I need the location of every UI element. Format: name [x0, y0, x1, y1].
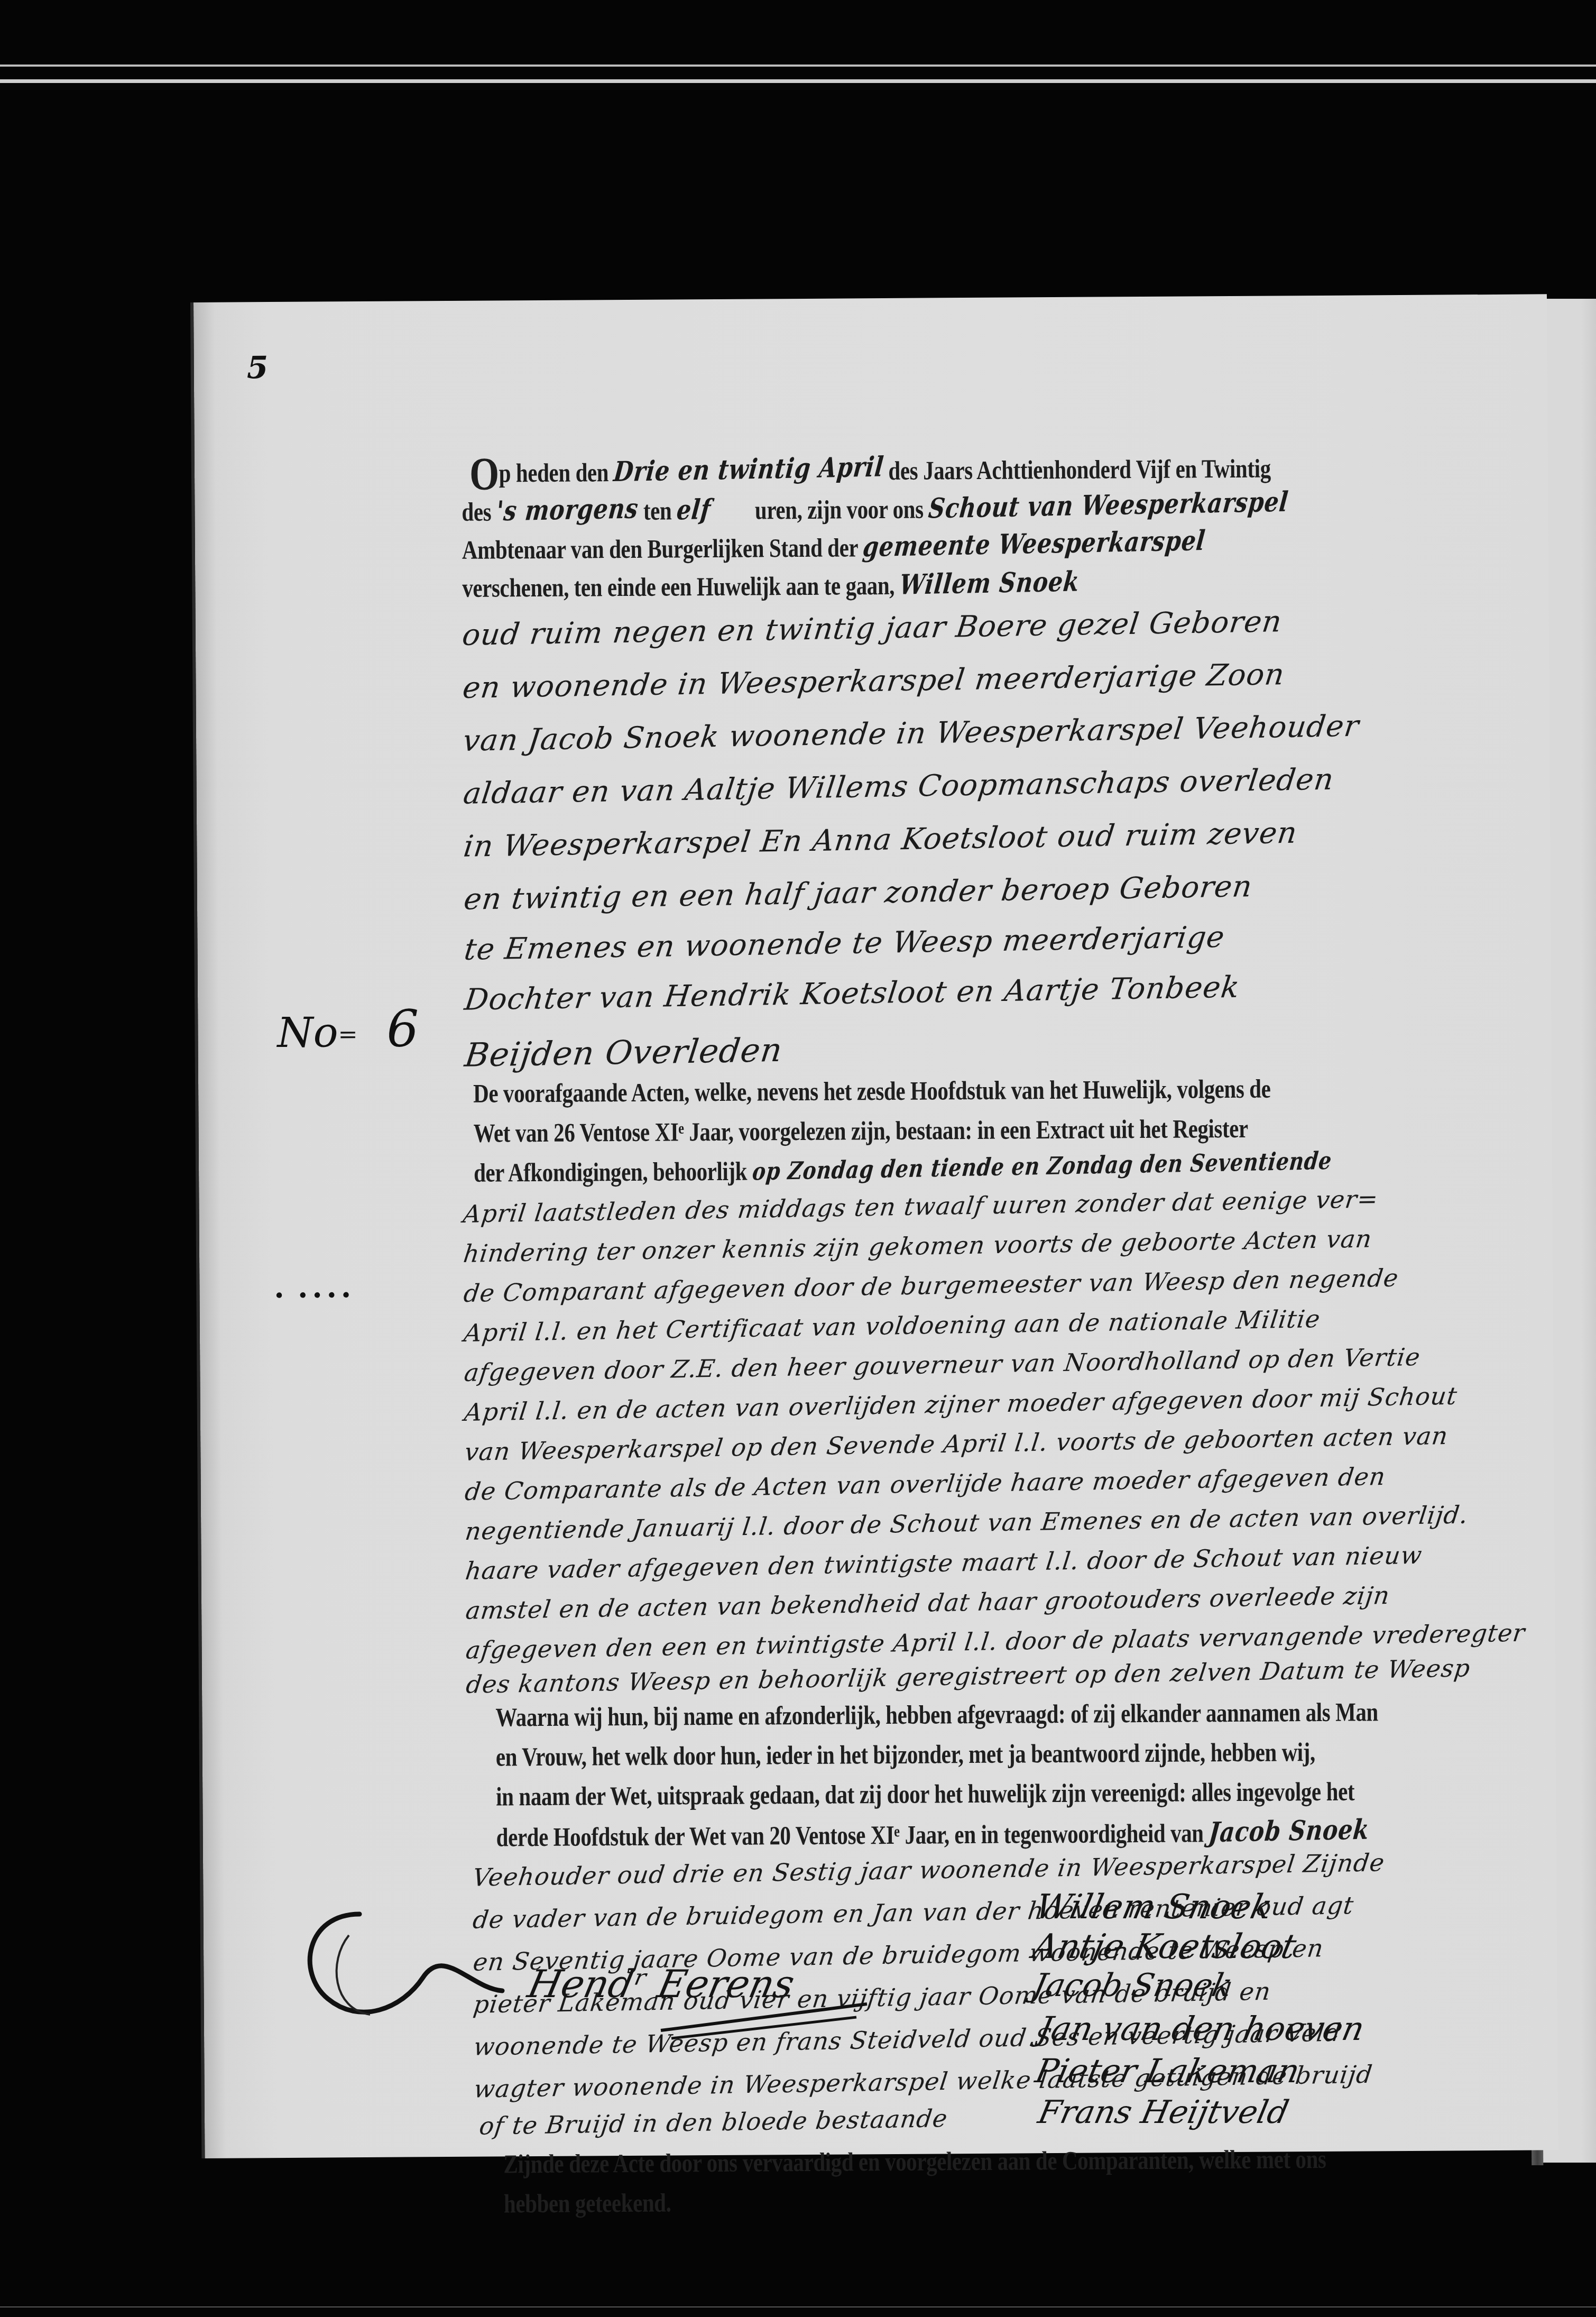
handwritten-groom-name: Willem Snoek — [898, 565, 1081, 601]
acts-print-line-3: der Afkondigingen, behoorlijk op Zondag … — [474, 1152, 1331, 1188]
handwritten-line: van Jacob Snoek woonende in Weesperkarsp… — [461, 709, 1361, 758]
handwritten-line: April laatstleden des middags ten twaalf… — [462, 1184, 1380, 1228]
print-text: des Jaars Achttienhonderd Vijf en Twinti… — [888, 454, 1270, 485]
handwritten-line: amstel en de acten van bekendheid dat ha… — [464, 1581, 1392, 1625]
print-text: des — [462, 497, 491, 527]
intro-line-4: verschenen, ten einde een Huwelijk aan t… — [462, 568, 1080, 604]
handwritten-date: Drie en twintig April — [612, 450, 885, 488]
handwritten-line: of te Bruijd in den bloede bestaande — [478, 2104, 949, 2140]
vows-print-line-4: derde Hoofdstuk der Wet van 20 Ventose X… — [496, 1815, 1369, 1853]
handwritten-municipality: gemeente Weesperkarspel — [861, 525, 1207, 563]
signature-witness: Jan van den hoeven — [1035, 2009, 1368, 2048]
handwritten-line: Dochter van Hendrik Koetsloot en Aartje … — [463, 970, 1242, 1017]
handwritten-line: Beijden Overleden — [463, 1031, 785, 1074]
record-number-value: 6 — [386, 999, 419, 1058]
signature-underline-icon — [656, 1993, 878, 2041]
handwritten-line: en twintig en een half jaar zonder beroe… — [462, 869, 1254, 917]
signature-witness: Pieter Lakeman — [1032, 2052, 1303, 2090]
film-edge-line-top — [0, 65, 1596, 67]
handwritten-line: negentiende Januarij l.l. door de Schout… — [464, 1500, 1470, 1545]
facing-page-shadow — [1581, 299, 1596, 2163]
intro-line-2: des 's morgens ten elf uren, zijn voor o… — [462, 490, 1288, 528]
drop-cap: O — [469, 448, 499, 500]
print-text: derde Hoofdstuk der Wet van 20 Ventose X… — [496, 1818, 1204, 1852]
handwritten-line: te Emenes en woonende te Weesp meerderja… — [462, 920, 1226, 967]
film-edge-line-second — [0, 79, 1596, 83]
document-page: 5 Op heden den Drie en twintig April des… — [190, 294, 1558, 2158]
vows-print-line-2: en Vrouw, het welk door hun, ieder in he… — [496, 1736, 1315, 1772]
print-text: ten — [643, 495, 672, 525]
signature-witness: Frans Heijtveld — [1035, 2094, 1292, 2131]
handwritten-line: en woonende in Weesperkarspel meerderjar… — [460, 657, 1286, 705]
handwritten-line: April l.l. en de acten van overlijden zi… — [463, 1382, 1459, 1427]
handwritten-line: oud ruim negen en twintig jaar Boere gez… — [460, 604, 1284, 652]
margin-dots: • •••• — [273, 1285, 355, 1307]
handwritten-line: hindering ter onzer kennis zijn gekomen … — [462, 1224, 1374, 1268]
signature-witness: Antje Koetsloot — [1029, 1927, 1299, 1966]
handwritten-official-title: Schout van Weesperkarspel — [927, 486, 1289, 525]
closing-print-line-2: hebben geteekend. — [504, 2187, 671, 2219]
signature-witness: Jacob Snoek — [1030, 1967, 1236, 2004]
handwritten-line: aldaar en van Aaltje Willems Coopmanscha… — [462, 762, 1336, 811]
intro-line-3: Ambtenaar van den Burgerlijken Stand der… — [462, 529, 1205, 566]
handwritten-witness-name: Jacob Snoek — [1207, 1814, 1370, 1849]
handwritten-line: de Comparante als de Acten van overlijde… — [463, 1462, 1387, 1506]
vows-print-line-1: Waarna wij hun, bij name en afzonderlijk… — [495, 1696, 1378, 1732]
acts-print-line-2: Wet van 26 Ventose XIᵉ Jaar, voorgelezen… — [473, 1113, 1248, 1148]
handwritten-line: van Weesperkarspel op den Sevende April … — [463, 1421, 1450, 1466]
print-text: verschenen, ten einde een Huwelijk aan t… — [462, 571, 894, 603]
film-edge-line-bottom — [0, 2306, 1596, 2307]
print-text: p heden den — [499, 457, 609, 488]
signature-witness: Willem Snoek — [1032, 1888, 1276, 1927]
handwritten-line: haare vader afgegeven den twintigste maa… — [464, 1541, 1424, 1585]
handwritten-time-of-day: 's morgens — [495, 492, 640, 527]
handwritten-hour: elf — [675, 493, 712, 526]
print-text: uren, zijn voor ons — [755, 494, 924, 525]
acts-print-line-1: De voorafgaande Acten, welke, nevens het… — [473, 1073, 1271, 1109]
handwritten-line: afgegeven door Z.E. den heer gouverneur … — [463, 1343, 1422, 1387]
record-number: No= 6 — [277, 999, 419, 1059]
handwritten-line: Veehouder oud drie en Sestig jaar woonen… — [471, 1848, 1387, 1892]
print-text: der Afkondigingen, behoorlijk — [474, 1156, 747, 1188]
handwritten-line: de Comparant afgegeven door de burgemees… — [462, 1264, 1400, 1308]
handwritten-line: in Weesperkarspel En Anna Koetsloot oud … — [462, 816, 1299, 864]
page-number-mark: 5 — [247, 350, 269, 385]
print-text: Ambtenaar van den Burgerlijken Stand der — [462, 532, 858, 565]
record-number-label: No — [277, 1009, 338, 1057]
handwritten-proclamation-dates: op Zondag den tiende en Zondag den Seven… — [751, 1146, 1333, 1186]
vows-print-line-3: in naam der Wet, uitspraak gedaan, dat z… — [496, 1776, 1354, 1812]
handwritten-line: April l.l. en het Certificaat van voldoe… — [463, 1304, 1322, 1347]
closing-print-line-1: Zijnde deze Acte door ons vervaardigd en… — [503, 2144, 1326, 2180]
